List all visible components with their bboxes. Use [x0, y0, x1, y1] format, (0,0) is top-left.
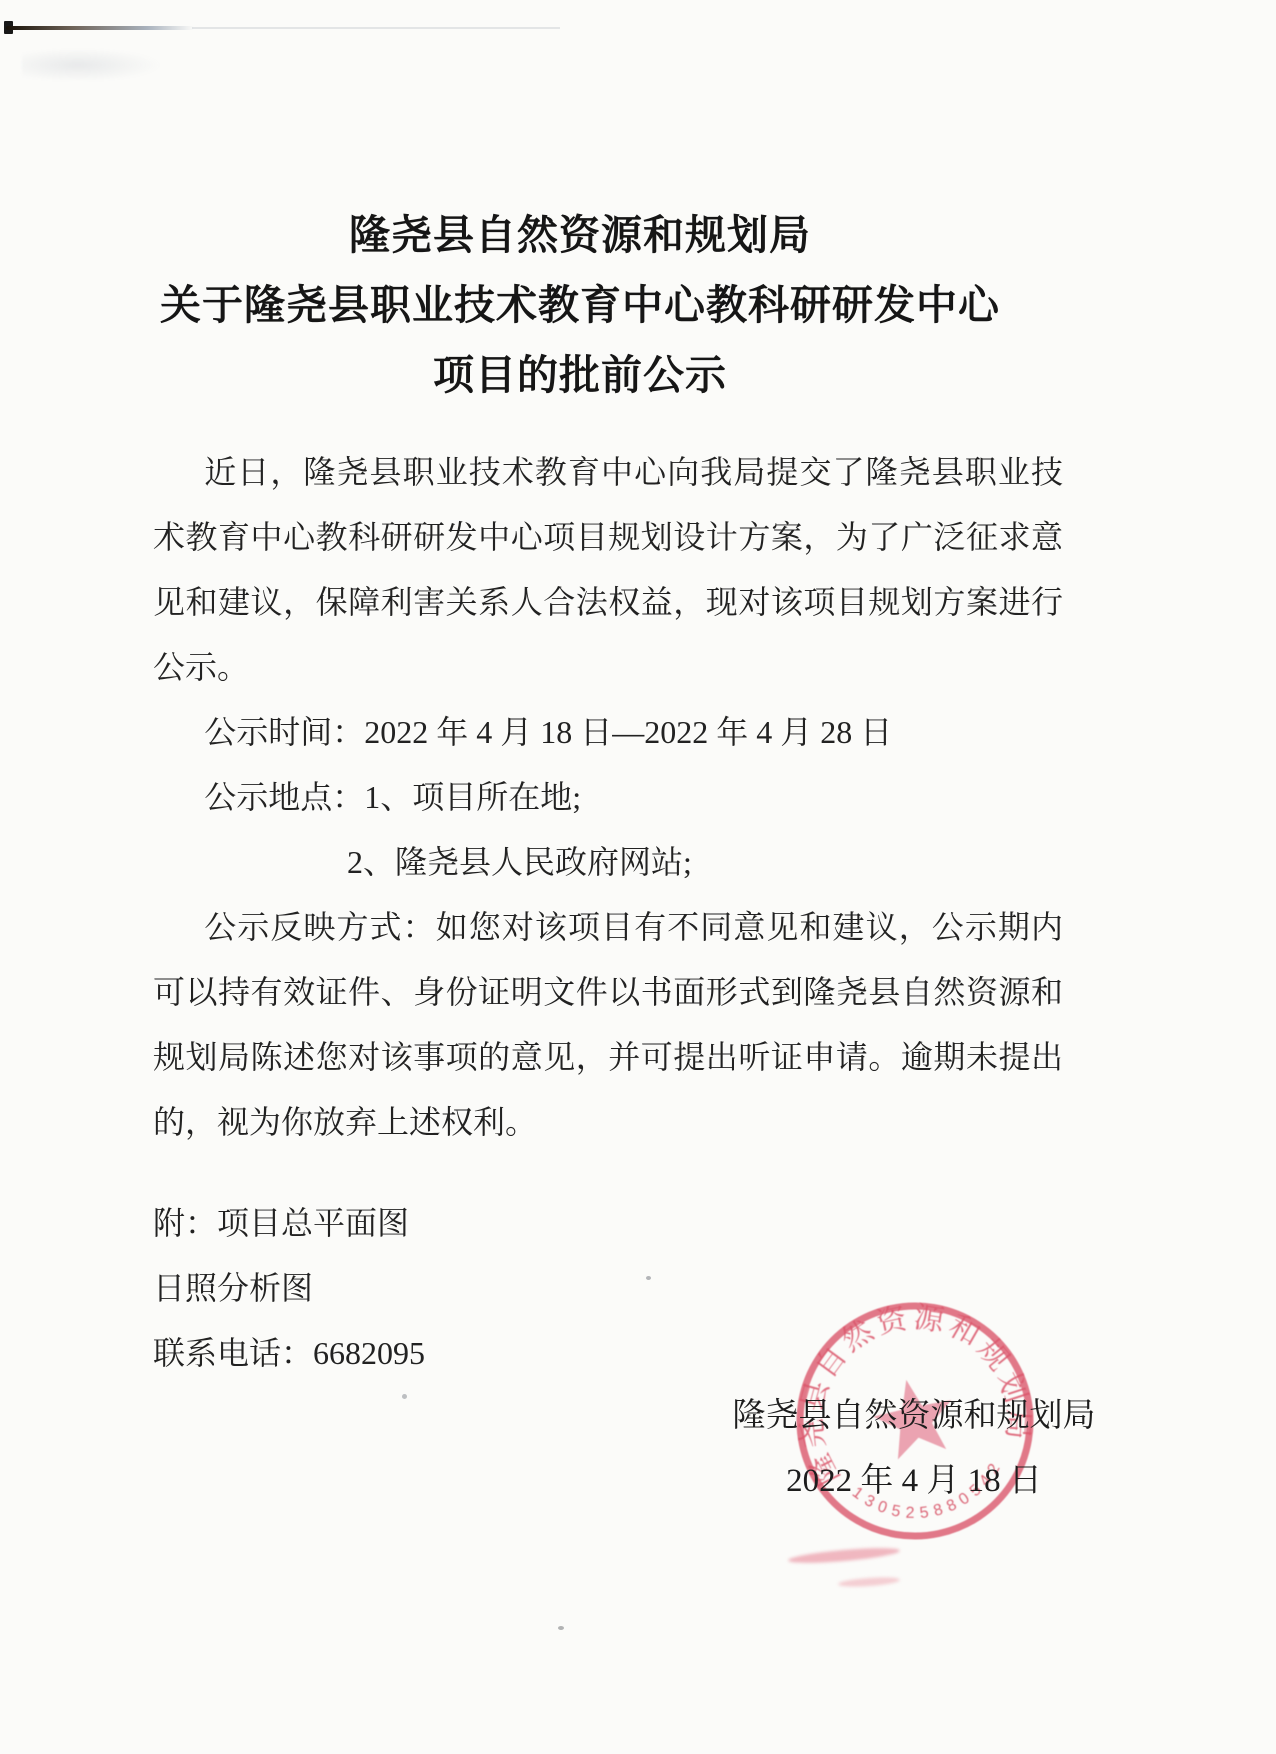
attachment-line-1: 附：项目总平面图: [153, 1191, 1063, 1256]
title-line-subject: 关于隆尧县职业技术教育中心教科研研发中心: [130, 270, 1030, 340]
publicity-location-line: 公示地点：1、项目所在地;: [153, 765, 1063, 830]
signature-agency: 隆尧县自然资源和规划局: [698, 1384, 1130, 1449]
scan-speck: [402, 1394, 407, 1399]
intro-paragraph: 近日，隆尧县职业技术教育中心向我局提交了隆尧县职业技术教育中心教科研研发中心项目…: [153, 440, 1063, 700]
scan-smudge: [22, 48, 162, 82]
publicity-location-item1: 1、项目所在地;: [364, 779, 581, 815]
attachment-item-siteplan: 项目总平面图: [217, 1205, 409, 1241]
document-body: 近日，隆尧县职业技术教育中心向我局提交了隆尧县职业技术教育中心教科研研发中心项目…: [153, 440, 1063, 1155]
scan-edge-line-faint: [192, 27, 560, 29]
title-line-agency: 隆尧县自然资源和规划局: [130, 200, 1030, 270]
contact-phone-label: 联系电话：: [153, 1335, 313, 1371]
scan-edge-line: [6, 26, 194, 30]
attachment-label: 附：: [153, 1205, 217, 1241]
title-line-notice-type: 项目的批前公示: [130, 340, 1030, 410]
publicity-time-value: 2022 年 4 月 18 日—2022 年 4 月 28 日: [364, 714, 892, 750]
document-title: 隆尧县自然资源和规划局 关于隆尧县职业技术教育中心教科研研发中心 项目的批前公示: [130, 200, 1030, 410]
scan-speck: [558, 1626, 564, 1630]
publicity-location-item2: 2、隆尧县人民政府网站;: [347, 830, 1063, 895]
scanned-notice-page: 隆尧县自然资源和规划局 关于隆尧县职业技术教育中心教科研研发中心 项目的批前公示…: [0, 0, 1276, 1754]
feedback-paragraph: 公示反映方式：如您对该项目有不同意见和建议，公示期内可以持有效证件、身份证明文件…: [153, 895, 1063, 1155]
contact-phone-number: 6682095: [313, 1335, 425, 1371]
publicity-location-label: 公示地点：: [204, 779, 364, 815]
signature-block: 隆尧县自然资源和规划局 2022 年 4 月 18 日: [698, 1384, 1130, 1514]
signature-date: 2022 年 4 月 18 日: [698, 1449, 1130, 1514]
publicity-time-line: 公示时间：2022 年 4 月 18 日—2022 年 4 月 28 日: [153, 700, 1063, 765]
publicity-time-label: 公示时间：: [204, 714, 364, 750]
